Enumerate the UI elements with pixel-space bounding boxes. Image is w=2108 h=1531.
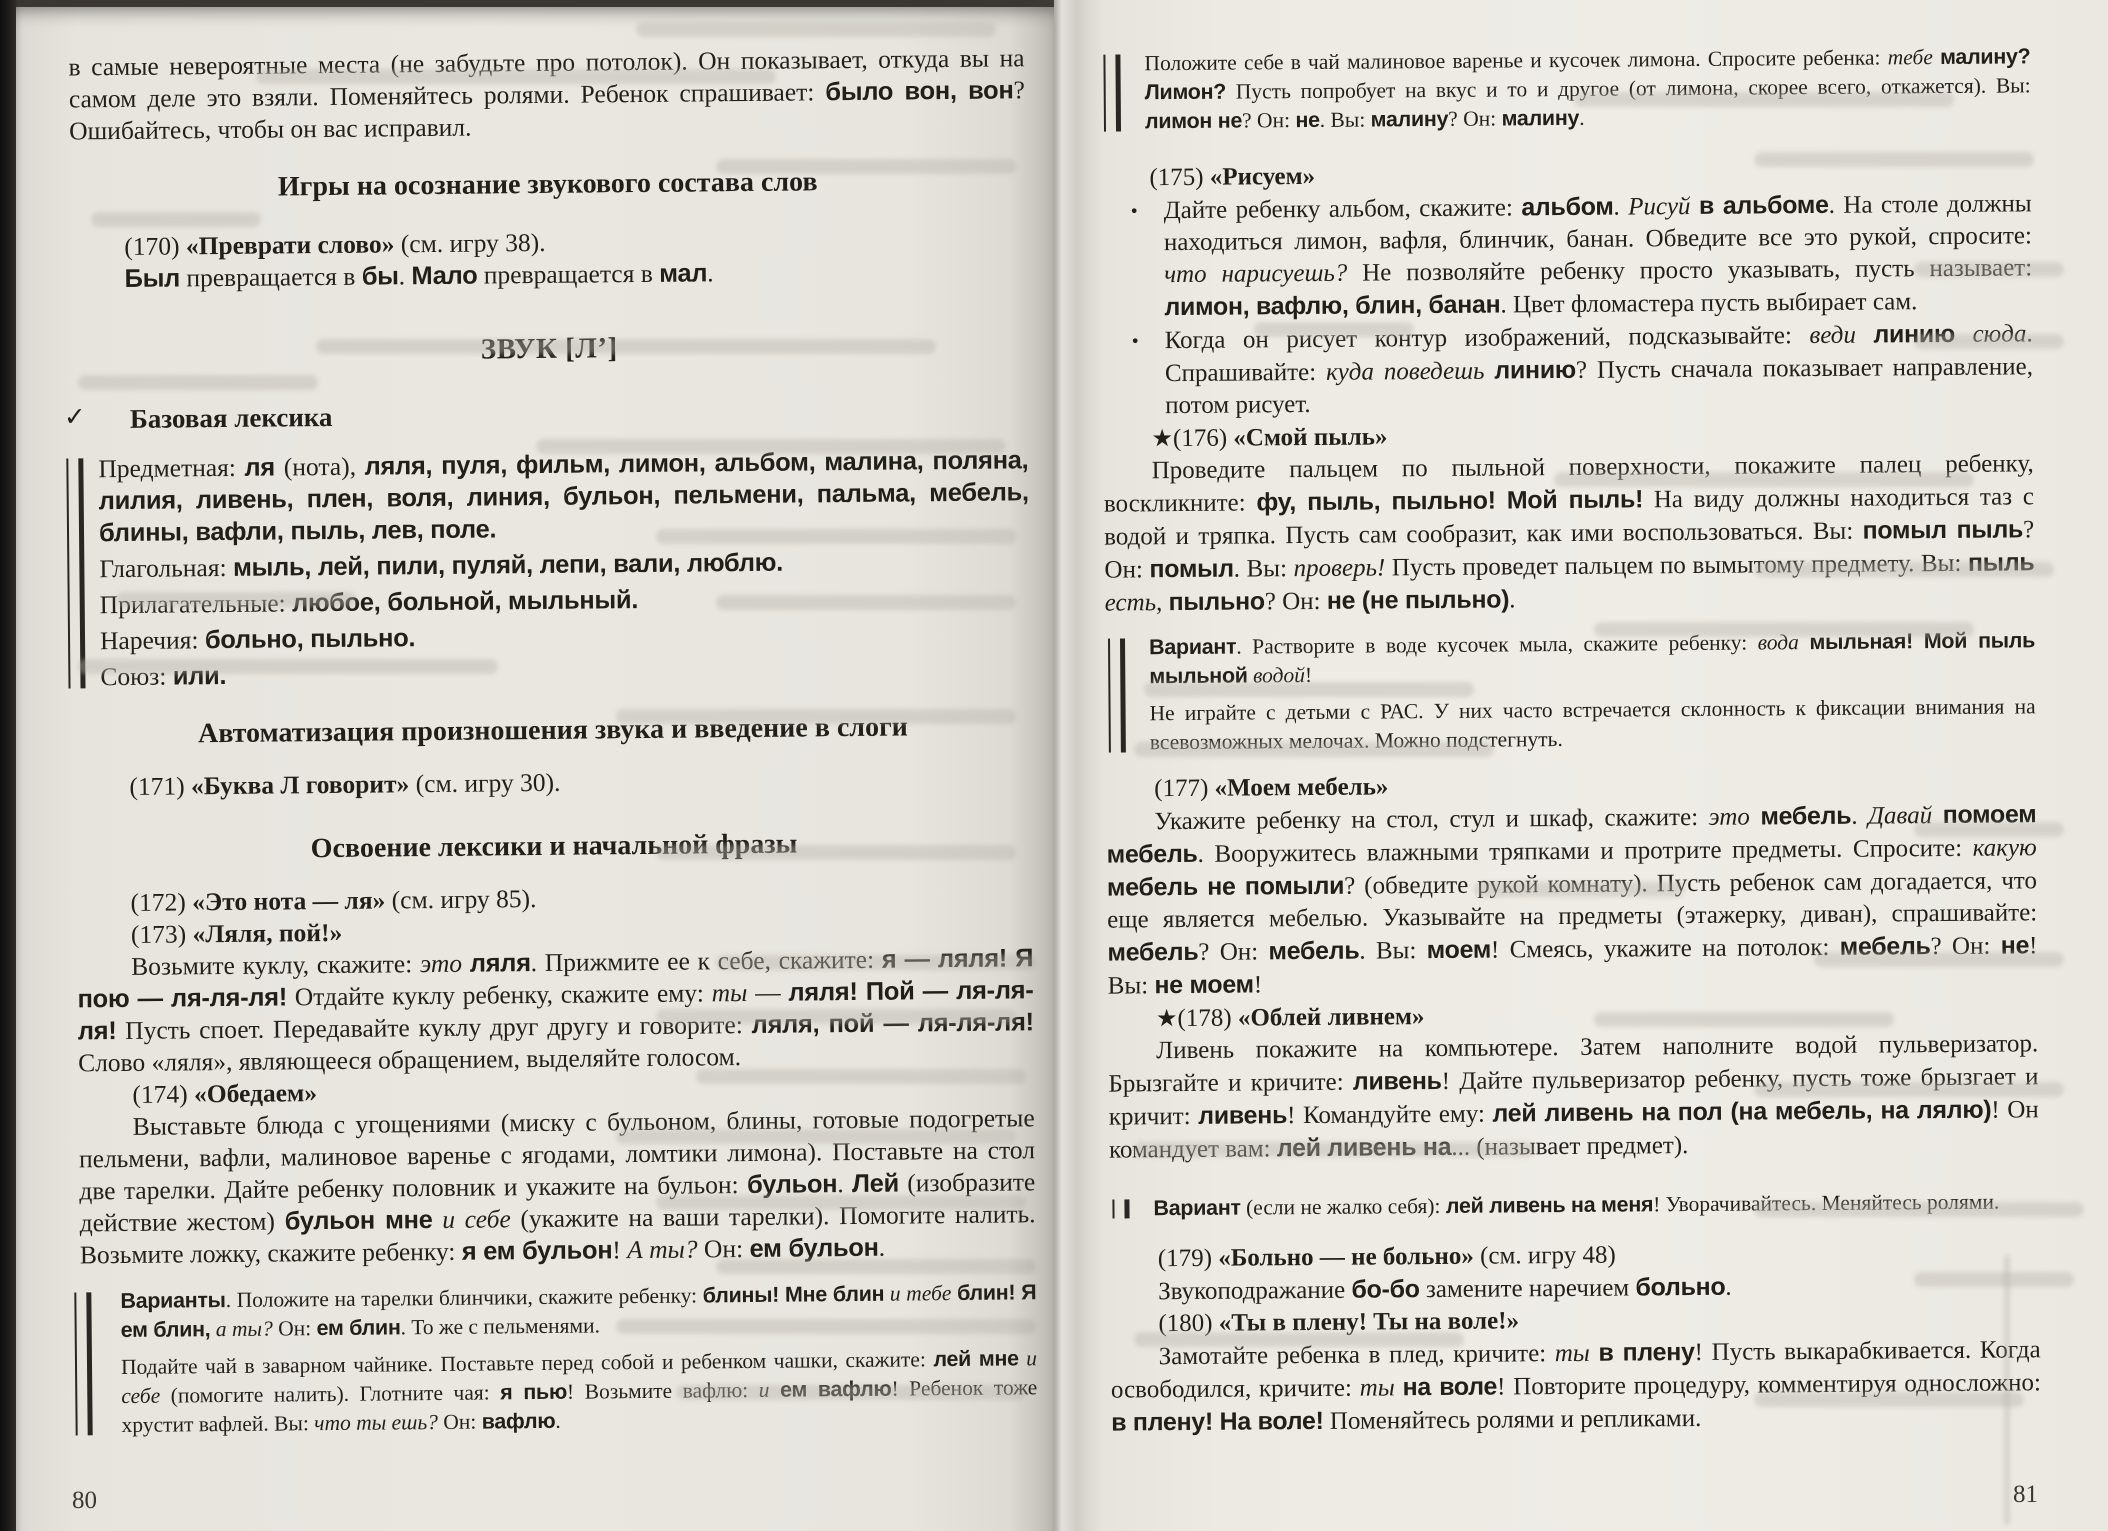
book-spread-photo: в самые невероятные места (не забудьте п…	[0, 0, 2108, 1531]
bullet-item-1: • Дайте ребенку альбом, скажите: альбом.…	[1164, 187, 2033, 324]
section-heading-sound-games: Игры на осознание звукового состава слов	[70, 164, 1026, 205]
page-number-left: 80	[72, 1487, 97, 1515]
check-icon: ✓	[64, 401, 86, 433]
variant-block-top: Положите себе в чай малиновое варенье и …	[1100, 42, 2031, 136]
star-icon: ★	[1156, 1004, 1178, 1032]
page-81-content: Положите себе в чай малиновое варенье и …	[1054, 0, 2079, 1440]
lexicon-verbs: Глагольная: мыль, лей, пили, пуляй, лепи…	[99, 544, 1029, 585]
page-81: Положите себе в чай малиновое варенье и …	[1054, 0, 2108, 1531]
bullet-2-text: Когда он рисует контур изображений, подс…	[1165, 320, 2033, 419]
variant-178-text: Вариант (если не жалко себя): лей ливень…	[1153, 1187, 2039, 1223]
subsection-label: Базовая лексика	[130, 402, 333, 434]
bullet-icon: •	[1131, 195, 1138, 227]
lexicon-adverbs: Наречия: больно, пыльно.	[100, 616, 1030, 657]
variants-text-b: Подайте чай в заварном чайнике. Поставьт…	[121, 1344, 1038, 1440]
star-icon: ★	[1151, 424, 1173, 452]
variant-top-text: Положите себе в чай малиновое варенье и …	[1144, 42, 2031, 136]
variant-block-176: Вариант. Растворите в воде кусочек мыла,…	[1105, 626, 2036, 757]
game-174-text: Выставьте блюда с угощениями (миску с бу…	[79, 1102, 1036, 1271]
game-176-title-text: (176) «Смой пыль»	[1173, 423, 1388, 452]
game-177-text: Укажите ребенку на стол, стул и шкаф, ск…	[1106, 798, 2038, 1002]
subsection-base-lexicon: ✓ Базовая лексика	[130, 394, 1028, 435]
game-171-title: (171) «Буква Л говорит» (см. игру 30).	[75, 762, 1031, 803]
intro-paragraph: в самые невероятные места (не забудьте п…	[68, 42, 1025, 147]
lexicon-nouns: Предметная: ля (нота), ляля, пуля, фильм…	[98, 444, 1029, 549]
chapter-heading-sound-l: ЗВУК [Л’]	[71, 328, 1027, 369]
game-173-text: Возьмите куклу, скажите: это ляля. Прижм…	[77, 942, 1034, 1079]
bullet-item-2: • Когда он рисует контур изображений, по…	[1165, 317, 2034, 422]
variants-text-a: Варианты. Положите на тарелки блинчики, …	[120, 1278, 1037, 1345]
page-80-content: в самые невероятные места (не забудьте п…	[16, 7, 1054, 1441]
base-lexicon-block: Предметная: ля (нота), ляля, пуля, фильм…	[72, 444, 1030, 693]
game-178-title-text: (178) «Облей ливнем»	[1177, 1003, 1424, 1032]
game-180-text: Замотайте ребенка в плед, кричите: ты в …	[1111, 1333, 2042, 1439]
lexicon-adjectives: Прилагательные: любое, больной, мыльный.	[100, 580, 1030, 621]
game-176-text: Проведите пальцем по пыльной поверхности…	[1104, 448, 2035, 619]
page-80: в самые невероятные места (не забудьте п…	[16, 7, 1054, 1531]
variant-block-178: Вариант (если не жалко себя): лей ливень…	[1109, 1187, 2039, 1223]
game-178-text: Ливень покажите на компьютере. Затем нап…	[1108, 1028, 2039, 1166]
section-heading-lexis: Освоение лексики и начальной фразы	[76, 826, 1032, 867]
variant-176-text: Вариант. Растворите в воде кусочек мыла,…	[1149, 626, 2035, 691]
lexicon-conjunction: Союз: или.	[100, 652, 1030, 693]
variant-176-note: Не играйте с детьми с РАС. У них часто в…	[1149, 692, 2035, 757]
variants-block: Варианты. Положите на тарелки блинчики, …	[80, 1278, 1037, 1440]
bullet-icon: •	[1132, 325, 1139, 357]
section-heading-automation: Автоматизация произношения звука и введе…	[75, 710, 1031, 751]
page-number-right: 81	[2013, 1481, 2038, 1509]
bullet-1-text: Дайте ребенку альбом, скажите: альбом. Р…	[1164, 190, 2033, 321]
